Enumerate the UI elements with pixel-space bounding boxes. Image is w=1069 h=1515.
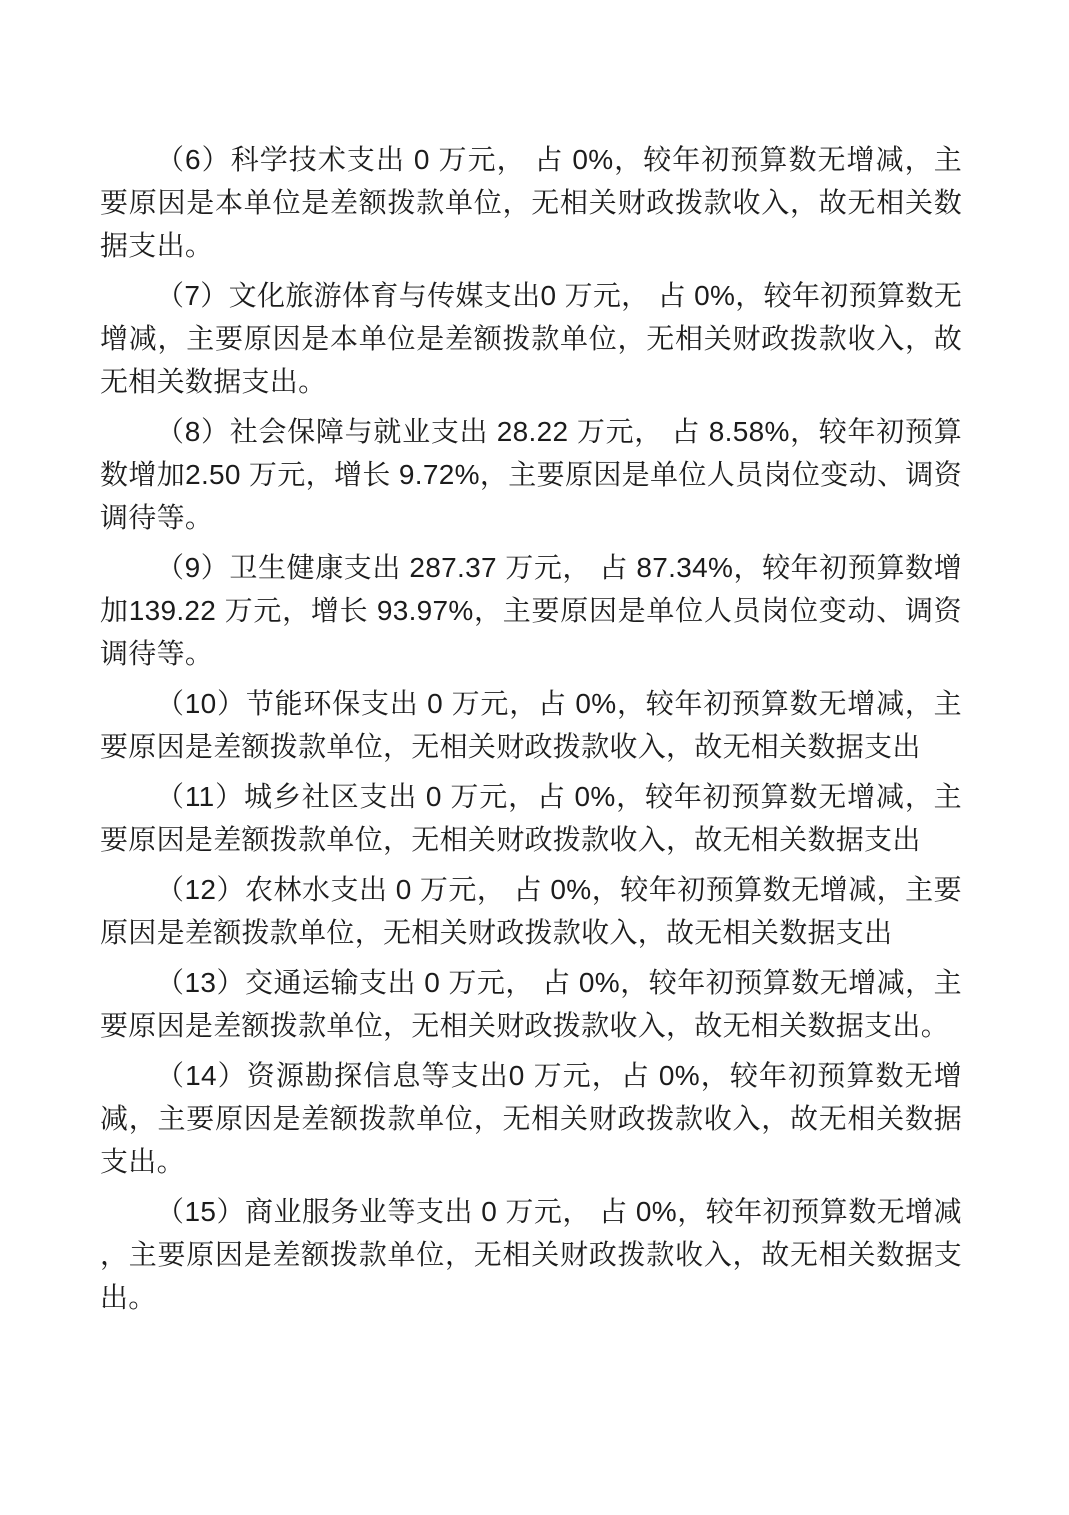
expense-paragraph-7: （7）文化旅游体育与传媒支出0 万元， 占 0%，较年初预算数无增减，主要原因是…: [100, 274, 962, 403]
text-block: （6）科学技术支出 0 万元， 占 0%，较年初预算数无增减，主要原因是本单位是…: [100, 138, 962, 1326]
expense-paragraph-11: （11）城乡社区支出 0 万元，占 0%，较年初预算数无增减，主要原因是差额拨款…: [100, 775, 962, 861]
expense-paragraph-10: （10）节能环保支出 0 万元，占 0%，较年初预算数无增减，主要原因是差额拨款…: [100, 682, 962, 768]
expense-paragraph-13: （13）交通运输支出 0 万元， 占 0%，较年初预算数无增减，主要原因是差额拨…: [100, 961, 962, 1047]
expense-paragraph-8: （8）社会保障与就业支出 28.22 万元， 占 8.58%，较年初预算数增加2…: [100, 410, 962, 539]
expense-paragraph-14: （14）资源勘探信息等支出0 万元，占 0%，较年初预算数无增减，主要原因是差额…: [100, 1054, 962, 1183]
expense-paragraph-6: （6）科学技术支出 0 万元， 占 0%，较年初预算数无增减，主要原因是本单位是…: [100, 138, 962, 267]
expense-paragraph-12: （12）农林水支出 0 万元， 占 0%，较年初预算数无增减，主要原因是差额拨款…: [100, 868, 962, 954]
expense-paragraph-9: （9）卫生健康支出 287.37 万元， 占 87.34%，较年初预算数增加13…: [100, 546, 962, 675]
expense-paragraph-15: （15）商业服务业等支出 0 万元， 占 0%，较年初预算数无增减，主要原因是差…: [100, 1190, 962, 1319]
document-page: { "document": { "background": "#ffffff",…: [0, 0, 1069, 1515]
